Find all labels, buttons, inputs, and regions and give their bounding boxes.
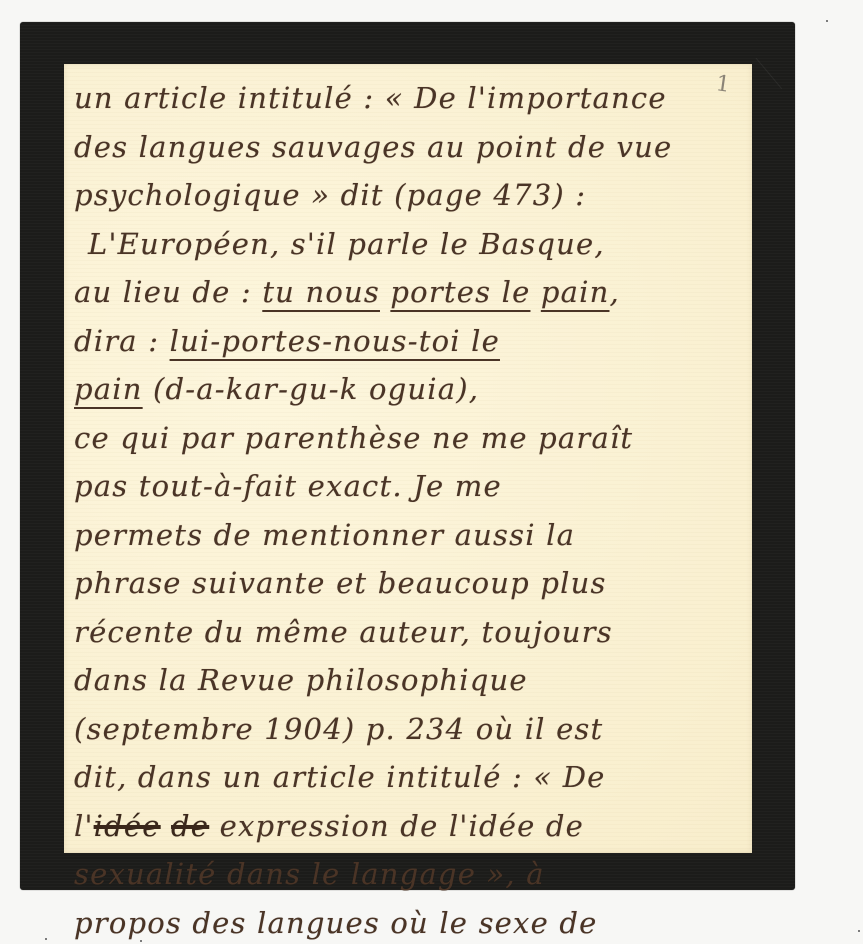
text-line-8: ce qui par parenthèse ne me paraît xyxy=(74,414,746,463)
struck-out-word: idée xyxy=(94,809,161,843)
text-segment: au lieu de : xyxy=(74,275,262,309)
manuscript-paper: 1 un article intitulé : « De l'importanc… xyxy=(64,64,752,853)
handwritten-text: un article intitulé : « De l'importance … xyxy=(74,74,746,944)
text-line-13: dans la Revue philosophique xyxy=(74,656,746,705)
frame-corner-crease xyxy=(756,32,813,89)
text-line-18: propos des langues où le sexe de xyxy=(74,899,746,944)
text-line-14: (septembre 1904) p. 234 où il est xyxy=(74,705,746,754)
text-line-12: récente du même auteur, toujours xyxy=(74,608,746,657)
text-segment: expression de l'idée de xyxy=(209,809,584,843)
underlined-phrase: lui-portes-nous-toi le xyxy=(170,324,500,358)
underlined-phrase: portes le xyxy=(390,275,530,309)
text-segment: dira : xyxy=(74,324,170,358)
text-line-6: dira : lui-portes-nous-toi le xyxy=(74,317,746,366)
struck-out-word: de xyxy=(171,809,209,843)
text-line-9: pas tout-à-fait exact. Je me xyxy=(74,462,746,511)
text-line-10: permets de mentionner aussi la xyxy=(74,511,746,560)
text-line-1: un article intitulé : « De l'importance xyxy=(74,74,746,123)
text-segment: (d-a-kar-gu-k oguia), xyxy=(143,372,480,406)
text-segment: l' xyxy=(74,809,94,843)
underlined-phrase: pain xyxy=(541,275,610,309)
text-segment xyxy=(380,275,390,309)
text-line-15: dit, dans un article intitulé : « De xyxy=(74,753,746,802)
scanned-page: 1 un article intitulé : « De l'importanc… xyxy=(0,0,863,944)
text-line-7: pain (d-a-kar-gu-k oguia), xyxy=(74,365,746,414)
text-line-3: psychologique » dit (page 473) : xyxy=(74,171,746,220)
underlined-phrase: pain xyxy=(74,372,143,406)
text-line-4: L'Européen, s'il parle le Basque, xyxy=(74,220,746,269)
underlined-phrase: tu nous xyxy=(262,275,380,309)
text-line-2: des langues sauvages au point de vue xyxy=(74,123,746,172)
text-segment xyxy=(161,809,171,843)
text-line-11: phrase suivante et beaucoup plus xyxy=(74,559,746,608)
text-segment: , xyxy=(609,275,619,309)
text-line-17: sexualité dans le langage », à xyxy=(74,850,746,899)
text-line-16: l'idée de expression de l'idée de xyxy=(74,802,746,851)
text-line-5: au lieu de : tu nous portes le pain, xyxy=(74,268,746,317)
text-segment xyxy=(530,275,540,309)
